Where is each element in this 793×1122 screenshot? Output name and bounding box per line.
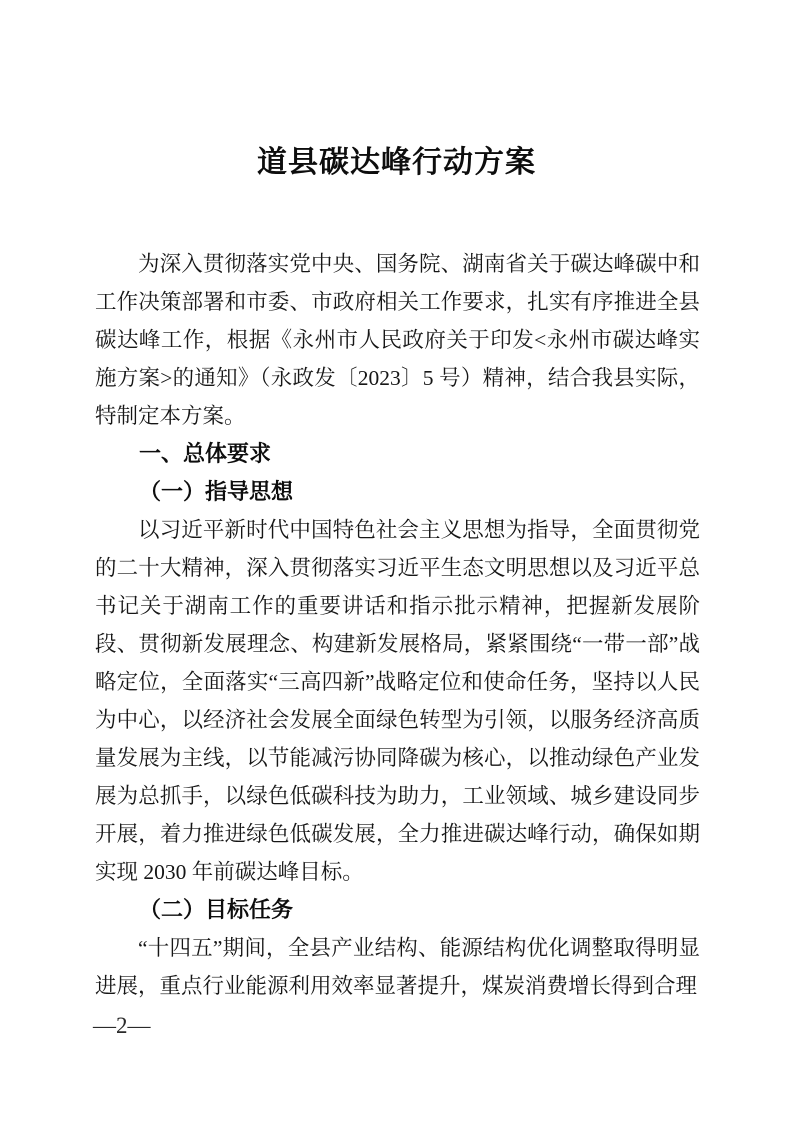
document-body: 为深入贯彻落实党中央、国务院、湖南省关于碳达峰碳中和工作决策部署和市委、市政府相… <box>95 245 700 1005</box>
paragraph: “十四五”期间，全县产业结构、能源结构优化调整取得明显进展，重点行业能源利用效率… <box>95 929 700 1005</box>
paragraph: 以习近平新时代中国特色社会主义思想为指导，全面贯彻党的二十大精神，深入贯彻落实习… <box>95 511 700 891</box>
document-page: 道县碳达峰行动方案 为深入贯彻落实党中央、国务院、湖南省关于碳达峰碳中和工作决策… <box>0 0 793 1122</box>
paragraph: 为深入贯彻落实党中央、国务院、湖南省关于碳达峰碳中和工作决策部署和市委、市政府相… <box>95 245 700 435</box>
document-title: 道县碳达峰行动方案 <box>0 0 793 183</box>
page-number: —2— <box>93 1012 151 1040</box>
section-heading: 一、总体要求 <box>95 435 700 473</box>
subsection-heading: （一）指导思想 <box>95 473 700 511</box>
subsection-heading: （二）目标任务 <box>95 891 700 929</box>
